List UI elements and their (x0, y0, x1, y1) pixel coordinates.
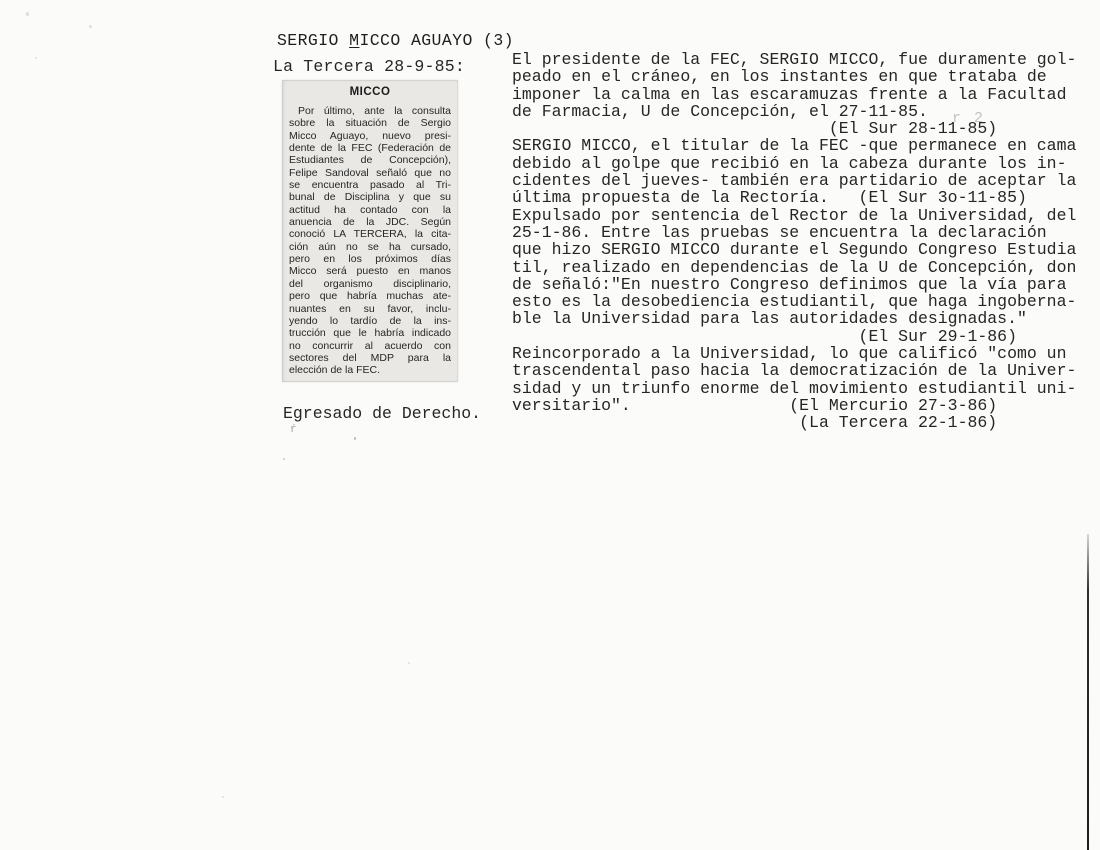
typed-line: (La Tercera 22-1-86) (512, 414, 1076, 431)
clipping-line: anuencia de la JDC. Según (289, 216, 451, 228)
scan-speck (26, 12, 29, 16)
typed-line: Expulsado por sentencia del Rector de la… (512, 207, 1076, 224)
typed-line: de señaló:"En nuestro Congreso definimos… (512, 276, 1076, 293)
typed-line: peado en el cráneo, en los instantes en … (512, 68, 1076, 85)
clipping-line: conoció LA TERCERA, la cita- (289, 228, 451, 240)
typed-line: (El Sur 29-1-86) (512, 328, 1076, 345)
typed-line: ble la Universidad para las autoridades … (512, 310, 1076, 327)
scan-speck (222, 796, 224, 798)
typed-line: imponer la calma en las escaramuzas fren… (512, 86, 1076, 103)
typed-line: última propuesta de la Rectoría. (El Sur… (512, 189, 1076, 206)
clipping-line: elección de la FEC. (289, 364, 451, 376)
typed-line: 25-1-86. Entre las pruebas se encuentra … (512, 224, 1076, 241)
scan-speck (408, 662, 410, 664)
typed-line: esto es la desobediencia estudiantil, qu… (512, 293, 1076, 310)
page-title: SERGIO MICCO AGUAYO (3) (277, 31, 514, 50)
scanned-document-page: SERGIO MICCO AGUAYO (3) La Tercera 28-9-… (0, 0, 1100, 850)
clipping-headline: MICCO (282, 86, 458, 98)
clipping-line: ción aún no se ha cursado, (289, 241, 451, 253)
clipping-line: pero en los próximos días (289, 253, 451, 265)
clipping-line: nuantes en su favor, inclu- (289, 303, 451, 315)
clipping-line: Felipe Sandoval señaló que no (289, 167, 451, 179)
scan-speck (283, 458, 285, 460)
typed-text-column: El presidente de la FEC, SERGIO MICCO, f… (512, 51, 1076, 432)
typed-line: trascendental paso hacia la democratizac… (512, 362, 1076, 379)
typed-line: que hizo SERGIO MICCO durante el Segundo… (512, 241, 1076, 258)
scan-speck (35, 57, 37, 59)
scan-speck (89, 25, 92, 28)
typed-line: debido al golpe que recibió en la cabeza… (512, 155, 1076, 172)
scan-artifact-vertical-line (1087, 534, 1089, 850)
clipping-line: del organismo disciplinario, (289, 278, 451, 290)
title-part-post: ICCO AGUAYO (3) (359, 31, 514, 50)
typed-line: til, realizado en dependencias de la U d… (512, 259, 1076, 276)
clipping-line: no concurrir al acuerdo con (289, 340, 451, 352)
title-part-pre: SERGIO (277, 31, 349, 50)
clipping-line: bunal de Disciplina y que su (289, 191, 451, 203)
newspaper-clipping: MICCO Por último, ante la consultasobre … (282, 80, 458, 382)
scan-speck (354, 437, 356, 440)
typed-line: (El Sur 28-11-85) (512, 120, 1076, 137)
typed-line: SERGIO MICCO, el titular de la FEC -que … (512, 137, 1076, 154)
clipping-line: pero que habría muchas ate- (289, 290, 451, 302)
stray-mark: ŕ (290, 424, 297, 436)
clipping-line: trucción que le habría indicado (289, 327, 451, 339)
note-egresado: Egresado de Derecho. (283, 404, 481, 423)
clipping-line: sectores del MDP para la (289, 352, 451, 364)
title-part-underlined: M (349, 31, 359, 50)
typed-line: Reincorporado a la Universidad, lo que c… (512, 345, 1076, 362)
clipping-line: yendo lo tardío de la ins- (289, 315, 451, 327)
clipping-line: Por último, ante la consulta (289, 105, 451, 117)
clipping-line: sobre la situación de Sergio (289, 117, 451, 129)
clipping-line: actitud ha contado con la (289, 204, 451, 216)
clipping-line: Estudiantes de Concepción), (289, 154, 451, 166)
clipping-body: Por último, ante la consultasobre la sit… (282, 105, 458, 377)
clipping-line: Micco será puesto en manos (289, 265, 451, 277)
erased-text-artifact: r 2 (952, 110, 985, 127)
typed-line: versitario". (El Mercurio 27-3-86) (512, 397, 1076, 414)
typed-line: cidentes del jueves- también era partida… (512, 172, 1076, 189)
typed-line: sidad y un triunfo enorme del movimiento… (512, 380, 1076, 397)
source-label: La Tercera 28-9-85: (273, 57, 465, 76)
clipping-line: Micco Aguayo, nuevo presi- (289, 130, 451, 142)
clipping-line: dente de la FEC (Federación de (289, 142, 451, 154)
clipping-line: se encuentra pasado al Tri- (289, 179, 451, 191)
typed-line: de Farmacia, U de Concepción, el 27-11-8… (512, 103, 1076, 120)
typed-line: El presidente de la FEC, SERGIO MICCO, f… (512, 51, 1076, 68)
